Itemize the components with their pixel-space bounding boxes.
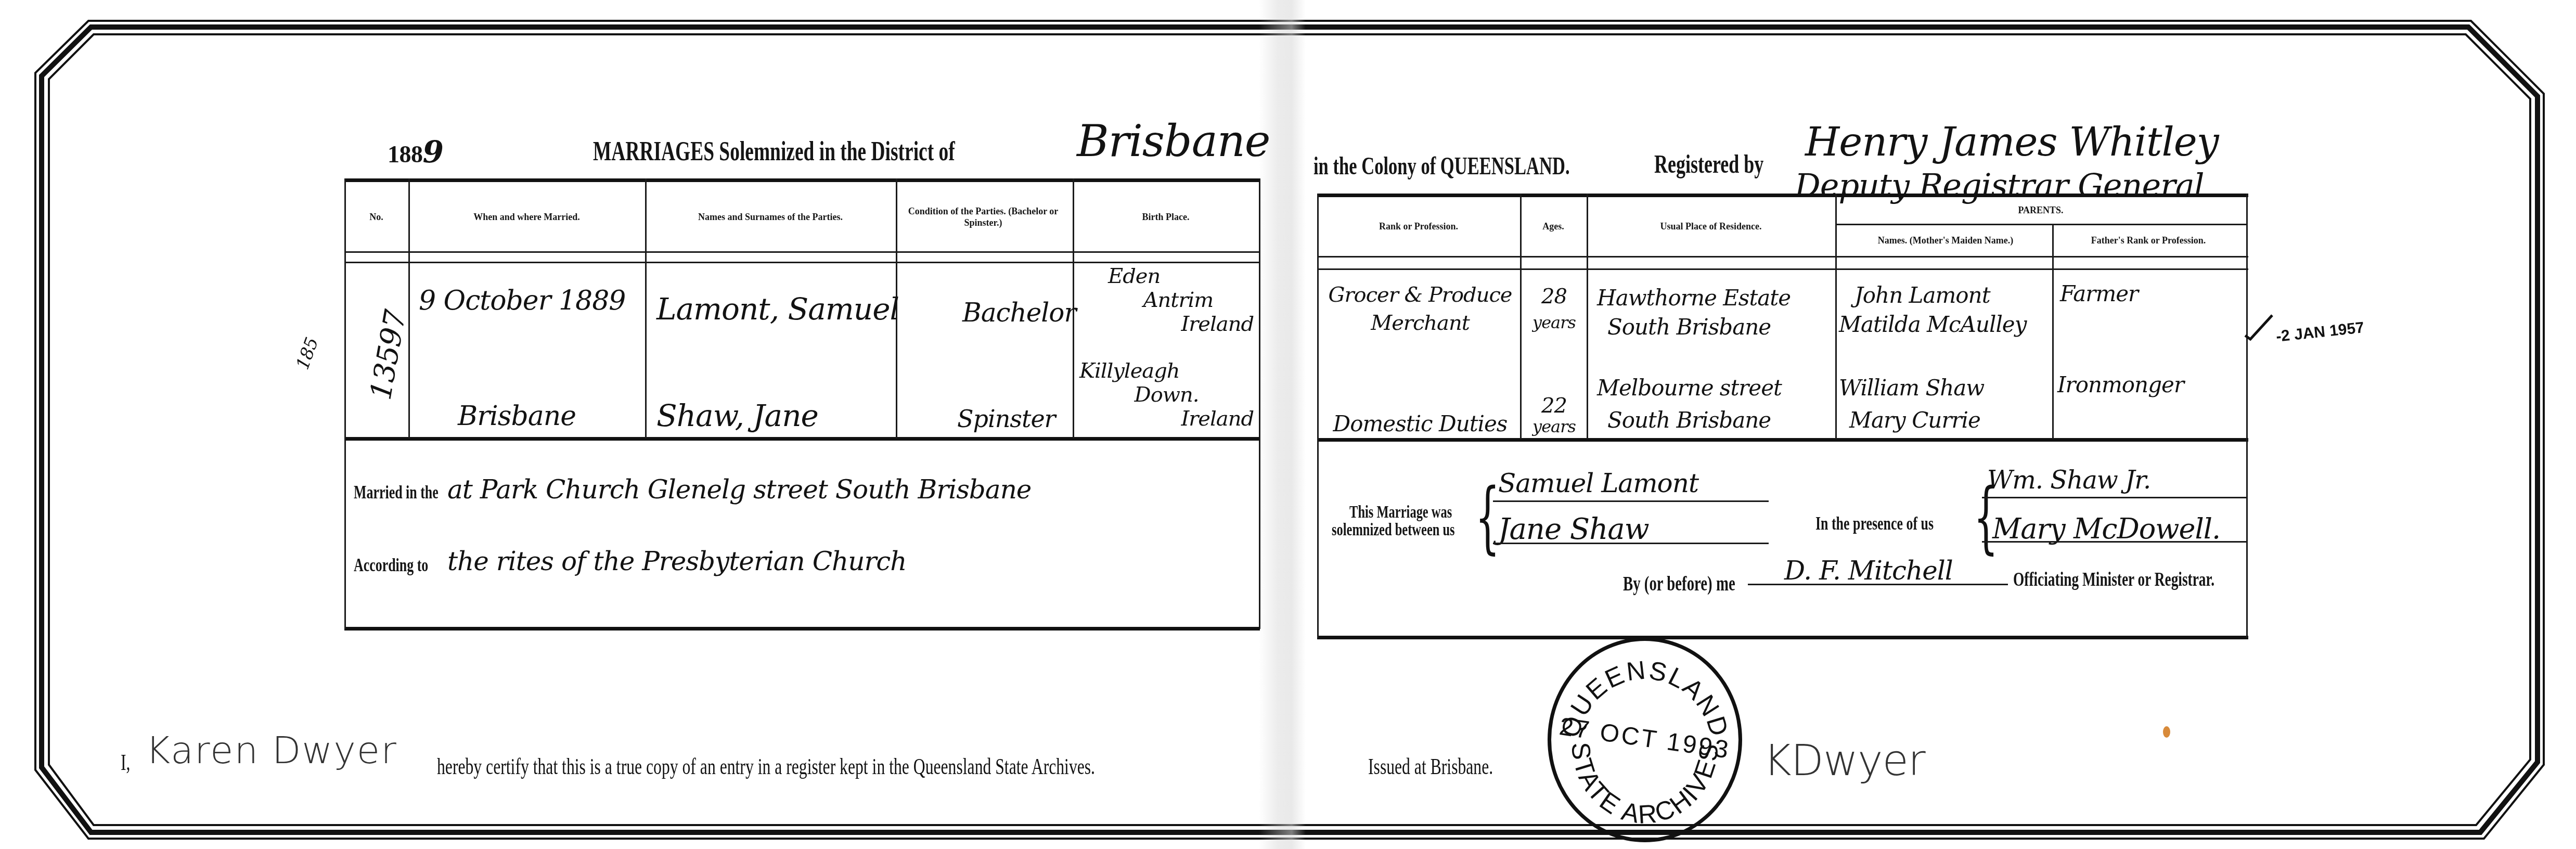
table-rule	[1317, 194, 1319, 638]
bride-residence: Melbourne street South Brisbane	[1597, 372, 1831, 436]
by-me-label: By (or before) me	[1623, 571, 1735, 596]
header-parents: PARENTS.	[1835, 197, 2246, 224]
header-birthplace: Birth Place.	[1073, 182, 1259, 251]
father-name: John Lamont	[1839, 281, 2052, 310]
header-when-where: When and where Married.	[408, 182, 645, 251]
archives-stamp: QUEENSLAND STATE ARCHIVES 27 OCT 1993	[1548, 637, 1742, 842]
column-rule	[1835, 194, 1837, 439]
groom-rank: Grocer & Produce Merchant	[1324, 281, 1516, 337]
married-in-value: at Park Church Glenelg street South Bris…	[447, 474, 1031, 505]
signature-rule	[1493, 500, 1769, 502]
signature-rule	[1982, 497, 2246, 498]
age-value: 28	[1527, 284, 1581, 310]
table-rule	[1317, 636, 2248, 639]
groom-name: Lamont, Samuel	[656, 291, 899, 327]
brace-icon: {	[1475, 479, 1500, 557]
age-unit: years	[1527, 310, 1581, 336]
signature-rule	[1982, 541, 2246, 543]
table-rule	[1317, 438, 2248, 442]
district-name: Brisbane	[1077, 115, 1270, 166]
father-name: William Shaw	[1839, 372, 2052, 404]
according-to-value: the rites of the Presbyterian Church	[447, 546, 906, 576]
minister-signature: D. F. Mitchell	[1784, 556, 1953, 586]
header-condition: Condition of the Parties. (Bachelor or S…	[905, 182, 1061, 251]
header-parents-names: Names. (Mother's Maiden Name.)	[1841, 225, 2050, 256]
groom-parents: John Lamont Matilda McAulley	[1839, 281, 2052, 339]
groom-signature: Samuel Lamont	[1498, 468, 1698, 498]
place-married: Brisbane	[458, 401, 576, 432]
residence-line: Hawthorne Estate	[1597, 284, 1831, 313]
birthplace-line: Ireland	[1103, 312, 1254, 336]
groom-residence: Hawthorne Estate South Brisbane	[1597, 284, 1831, 342]
birthplace-line: Killyleagh	[1079, 359, 1254, 383]
residence-line: South Brisbane	[1597, 313, 1831, 342]
presence-label: In the presence of us	[1815, 512, 1934, 534]
table-rule	[344, 251, 1260, 253]
table-rule	[344, 437, 1260, 441]
groom-birthplace: Eden Antrim Ireland	[1103, 264, 1254, 336]
solemnized-label-line: solemnized between us	[1332, 521, 1455, 539]
bride-signature: Jane Shaw	[1498, 512, 1649, 546]
mother-name: Mary Currie	[1839, 404, 2052, 436]
groom-age: 28 years	[1527, 284, 1581, 336]
margin-date-stamp: -2 JAN 1957	[2275, 319, 2365, 346]
mother-name: Matilda McAulley	[1839, 310, 2052, 339]
column-rule	[2052, 224, 2054, 439]
age-value: 22	[1527, 395, 1581, 416]
registered-by-label: Registered by	[1654, 149, 1763, 179]
cert-prefix: I,	[121, 749, 130, 776]
header-residence: Usual Place of Residence.	[1587, 197, 1835, 256]
rank-line: Merchant	[1324, 309, 1516, 337]
registrar-signature: Henry James Whitley	[1805, 119, 2219, 165]
witness-2-signature: Mary McDowell.	[1992, 512, 2220, 545]
table-rule	[344, 178, 1260, 182]
checkmark-icon	[2243, 312, 2274, 341]
year-handwritten: 9	[423, 134, 443, 170]
header-fathers-rank: Father's Rank or Profession.	[2055, 225, 2242, 256]
year-label: 1889	[388, 134, 443, 170]
bride-age: 22 years	[1527, 395, 1581, 437]
paper-stain	[2163, 726, 2170, 738]
groom-condition: Bachelor	[962, 298, 1076, 328]
certifier-signature: KDwyer	[1763, 736, 1925, 786]
header-rank: Rank or Profession.	[1317, 197, 1520, 256]
header-names: Names and Surnames of the Parties.	[645, 182, 896, 251]
header-no: No.	[344, 182, 408, 251]
bride-condition: Spinster	[957, 405, 1055, 433]
table-rule	[344, 262, 1260, 263]
margin-note: 185	[292, 335, 323, 372]
table-rule	[1317, 256, 2248, 258]
cert-statement: hereby certify that this is a true copy …	[437, 753, 1095, 780]
signature-rule	[1748, 584, 2008, 585]
bride-birthplace: Killyleagh Down. Ireland	[1079, 359, 1254, 431]
solemnized-label: This Marriage was solemnized between us	[1332, 504, 1455, 539]
minister-role-label: Officiating Minister or Registrar.	[2013, 568, 2214, 591]
solemnized-label-line: This Marriage was	[1332, 504, 1455, 521]
witness-1-signature: Wm. Shaw Jr.	[1987, 466, 2150, 495]
bride-name: Shaw, Jane	[656, 398, 818, 433]
married-in-label: Married in the	[354, 481, 439, 503]
table-rule	[1317, 268, 2248, 270]
colony-label: in the Colony of QUEENSLAND.	[1313, 152, 1570, 181]
bride-fathers-rank: Ironmonger	[2057, 372, 2184, 397]
rank-line: Grocer & Produce	[1324, 281, 1516, 309]
according-to-label: According to	[354, 554, 428, 576]
residence-line: South Brisbane	[1597, 404, 1831, 436]
entry-number: 13597	[364, 308, 413, 403]
signature-rule	[1493, 543, 1769, 544]
birthplace-line: Eden	[1103, 264, 1254, 288]
table-rule	[2246, 194, 2248, 638]
birthplace-line: Ireland	[1079, 407, 1254, 431]
issued-at: Issued at Brisbane.	[1368, 753, 1493, 780]
title-prefix: MARRIAGES Solemnized in the District of	[593, 136, 955, 167]
table-rule	[344, 627, 1260, 631]
age-unit: years	[1527, 416, 1581, 437]
bride-parents: William Shaw Mary Currie	[1839, 372, 2052, 436]
birthplace-line: Antrim	[1103, 288, 1254, 312]
birthplace-line: Down.	[1079, 383, 1254, 407]
table-rule	[1259, 178, 1260, 629]
year-printed: 188	[388, 141, 423, 168]
bride-rank: Domestic Duties	[1324, 411, 1516, 436]
certifier-name: Karen Dwyer	[146, 728, 397, 772]
date-married: 9 October 1889	[419, 285, 625, 316]
header-ages: Ages.	[1520, 197, 1587, 256]
residence-line: Melbourne street	[1597, 372, 1831, 404]
groom-fathers-rank: Farmer	[2060, 281, 2138, 306]
